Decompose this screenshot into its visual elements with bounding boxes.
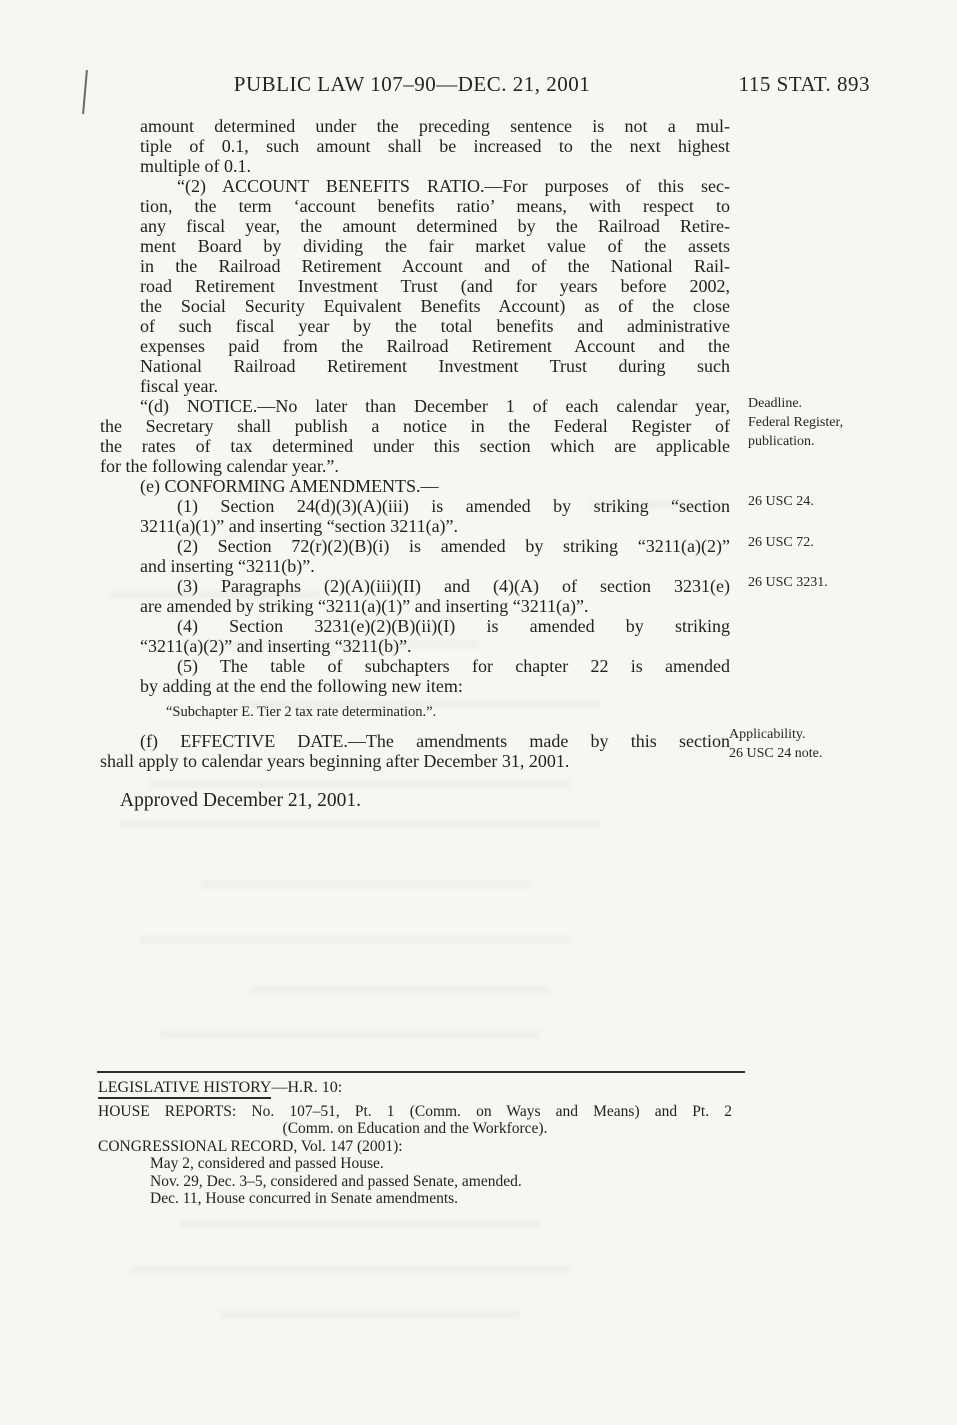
- paragraph: (e) CONFORMING AMENDMENTS.—: [100, 476, 730, 496]
- scan-artifact: [120, 820, 600, 829]
- legislative-history-label: LEGISLATIVE HISTORY: [98, 1079, 271, 1099]
- text-line: the Social Security Equivalent Benefits …: [140, 296, 730, 316]
- scan-artifact: [220, 1310, 520, 1319]
- scan-artifact: [160, 1030, 540, 1039]
- leg-history-line: HOUSE REPORTS: No. 107–51, Pt. 1 (Comm. …: [98, 1103, 732, 1121]
- text-line: shall apply to calendar years beginning …: [100, 751, 730, 771]
- paragraph: (2) Section 72(r)(2)(B)(i) is amended by…: [100, 536, 730, 576]
- body-text: amount determined under the preceding se…: [100, 116, 730, 815]
- margin-note-line: Applicability.: [729, 725, 879, 744]
- text-line: (2) Section 72(r)(2)(B)(i) is amended by…: [140, 536, 730, 556]
- paragraph: “(d) NOTICE.—No later than December 1 of…: [100, 396, 730, 476]
- scan-artifact: [590, 500, 720, 509]
- margin-note-line: 26 USC 3231.: [748, 573, 898, 592]
- text-line: expenses paid from the Railroad Retireme…: [140, 336, 730, 356]
- text-line: Approved December 21, 2001.: [120, 791, 730, 815]
- pen-mark-artifact: [82, 70, 88, 114]
- paragraph: amount determined under the preceding se…: [100, 116, 730, 176]
- law-title: PUBLIC LAW 107–90—DEC. 21, 2001: [207, 72, 617, 97]
- text-line: (e) CONFORMING AMENDMENTS.—: [100, 476, 730, 496]
- margin-note-usc-72: 26 USC 72.: [748, 533, 898, 552]
- paragraph: “(2) ACCOUNT BENEFITS RATIO.—For purpose…: [100, 176, 730, 396]
- text-line: (5) The table of subchapters for chapter…: [140, 656, 730, 676]
- legislative-history: LEGISLATIVE HISTORY—H.R. 10: HOUSE REPOR…: [98, 1079, 732, 1208]
- text-line: ment Board by dividing the fair market v…: [140, 236, 730, 256]
- margin-note-usc-24: 26 USC 24.: [748, 492, 898, 511]
- paragraph: (f) EFFECTIVE DATE.—The amendments made …: [100, 731, 730, 771]
- text-line: tiple of 0.1, such amount shall be incre…: [140, 136, 730, 156]
- margin-note-line: publication.: [748, 432, 898, 451]
- text-line: 3211(a)(1)” and inserting “section 3211(…: [140, 516, 730, 536]
- leg-history-line: Dec. 11, House concurred in Senate amend…: [98, 1190, 732, 1208]
- margin-note-line: 26 USC 24 note.: [729, 744, 879, 763]
- scan-artifact: [200, 880, 530, 889]
- text-line: in the Railroad Retirement Account and o…: [140, 256, 730, 276]
- scan-artifact: [150, 780, 570, 789]
- text-line: National Railroad Retirement Investment …: [140, 356, 730, 376]
- text-line: the rates of tax determined under this s…: [100, 436, 730, 456]
- text-line: fiscal year.: [140, 376, 730, 396]
- text-line: the Secretary shall publish a notice in …: [100, 416, 730, 436]
- text-line: are amended by striking “3211(a)(1)” and…: [140, 596, 730, 616]
- text-line: (4) Section 3231(e)(2)(B)(ii)(I) is amen…: [140, 616, 730, 636]
- text-line: “(2) ACCOUNT BENEFITS RATIO.—For purpose…: [140, 176, 730, 196]
- stat-page-number: 115 STAT. 893: [739, 72, 870, 97]
- text-line: and inserting “3211(b)”.: [140, 556, 730, 576]
- scan-artifact: [250, 985, 550, 994]
- legislative-history-divider: [97, 1071, 745, 1073]
- scan-artifact: [130, 1265, 570, 1274]
- paragraph: (5) The table of subchapters for chapter…: [100, 656, 730, 696]
- leg-history-line: Nov. 29, Dec. 3–5, considered and passed…: [98, 1173, 732, 1191]
- paragraph: Approved December 21, 2001.: [100, 791, 730, 815]
- margin-note-line: 26 USC 24.: [748, 492, 898, 511]
- text-line: multiple of 0.1.: [140, 156, 730, 176]
- text-line: for the following calendar year.”.: [100, 456, 730, 476]
- text-line: any fiscal year, the amount determined b…: [140, 216, 730, 236]
- text-line: of such fiscal year by the total benefit…: [140, 316, 730, 336]
- scan-artifact: [110, 590, 320, 599]
- leg-history-line: CONGRESSIONAL RECORD, Vol. 147 (2001):: [98, 1138, 732, 1156]
- margin-note-deadline: Deadline.Federal Register,publication.: [748, 394, 898, 451]
- scan-artifact: [180, 640, 480, 649]
- legislative-history-heading: LEGISLATIVE HISTORY—H.R. 10:: [98, 1079, 732, 1097]
- leg-history-line: May 2, considered and passed House.: [98, 1155, 732, 1173]
- text-line: “(d) NOTICE.—No later than December 1 of…: [100, 396, 730, 416]
- statute-page: PUBLIC LAW 107–90—DEC. 21, 2001 115 STAT…: [0, 0, 957, 1425]
- margin-note-line: Deadline.: [748, 394, 898, 413]
- scan-artifact: [140, 935, 570, 944]
- leg-history-line: (Comm. on Education and the Workforce).: [98, 1120, 732, 1138]
- text-line: tion, the term ‘account benefits ratio’ …: [140, 196, 730, 216]
- legislative-history-bill: —H.R. 10:: [271, 1079, 342, 1096]
- text-line: by adding at the end the following new i…: [140, 676, 730, 696]
- margin-note-usc-3231: 26 USC 3231.: [748, 573, 898, 592]
- leg-history-lines: HOUSE REPORTS: No. 107–51, Pt. 1 (Comm. …: [98, 1103, 732, 1208]
- page-header: PUBLIC LAW 107–90—DEC. 21, 2001 115 STAT…: [100, 72, 870, 100]
- text-line: amount determined under the preceding se…: [140, 116, 730, 136]
- text-line: road Retirement Investment Trust (and fo…: [140, 276, 730, 296]
- scan-artifact: [180, 1220, 540, 1229]
- scan-artifact: [240, 700, 600, 709]
- text-line: (f) EFFECTIVE DATE.—The amendments made …: [100, 731, 730, 751]
- paragraph: (4) Section 3231(e)(2)(B)(ii)(I) is amen…: [100, 616, 730, 656]
- margin-note-applicability: Applicability.26 USC 24 note.: [729, 725, 879, 763]
- margin-note-line: 26 USC 72.: [748, 533, 898, 552]
- margin-note-line: Federal Register,: [748, 413, 898, 432]
